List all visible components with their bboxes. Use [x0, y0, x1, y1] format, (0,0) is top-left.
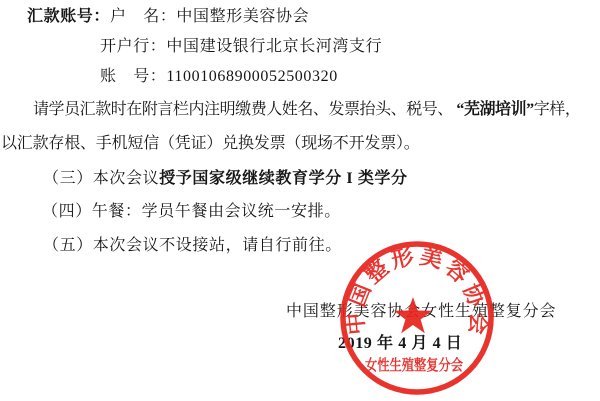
notice-line-1-post: 字样， [534, 101, 581, 118]
seal-bottom-text: 女性生殖整复分会 [365, 356, 463, 374]
account-name-value: 中国整形美容协会 [176, 8, 309, 25]
item-pickup: （五）本次会议不设接站，请自行前往。 [43, 237, 342, 255]
seal-star-icon [394, 297, 432, 333]
notice-line-2: 以汇款存根、手机短信（凭证）兑换发票（现场不开发票）。 [1, 135, 420, 153]
notice-line-1-pre: 请学员汇款时在附言栏内注明缴费人姓名、发票抬头、税号、 [33, 101, 456, 118]
account-number-label: 账 号： [100, 68, 166, 85]
remittance-account-line: 汇款账号：户 名：中国整形美容协会 [27, 8, 309, 26]
bank-line: 开户行：中国建设银行北京长河湾支行 [100, 38, 382, 56]
account-number-value: 11001068900052500320 [166, 68, 337, 85]
bank-value: 中国建设银行北京长河湾支行 [166, 38, 382, 55]
remittance-label: 汇款账号： [27, 8, 110, 25]
official-seal: 中国整形美容协会 女性生殖整复分会 [332, 233, 502, 401]
item-credit-prefix: （三）本次会议 [43, 170, 159, 187]
account-number-line: 账 号：11001068900052500320 [100, 68, 338, 86]
notice-line-1: 请学员汇款时在附言栏内注明缴费人姓名、发票抬头、税号、 “芜湖培训”字样， [33, 101, 580, 119]
item-pickup-prefix: （五）本次会议不设接站，请自行前往。 [43, 237, 342, 254]
item-credit-bold: 授予国家级继续教育学分 I 类学分 [159, 170, 407, 187]
item-lunch: （四）午餐：学员午餐由会议统一安排。 [42, 203, 341, 221]
document-page: 汇款账号：户 名：中国整形美容协会 开户行：中国建设银行北京长河湾支行 账 号：… [0, 0, 600, 401]
account-name-label: 户 名： [110, 8, 176, 25]
item-lunch-prefix: （四）午餐：学员午餐由会议统一安排。 [42, 203, 341, 220]
item-credit: （三）本次会议授予国家级继续教育学分 I 类学分 [43, 170, 408, 188]
bank-label: 开户行： [100, 38, 166, 55]
notice-highlight: “芜湖培训” [456, 101, 533, 118]
